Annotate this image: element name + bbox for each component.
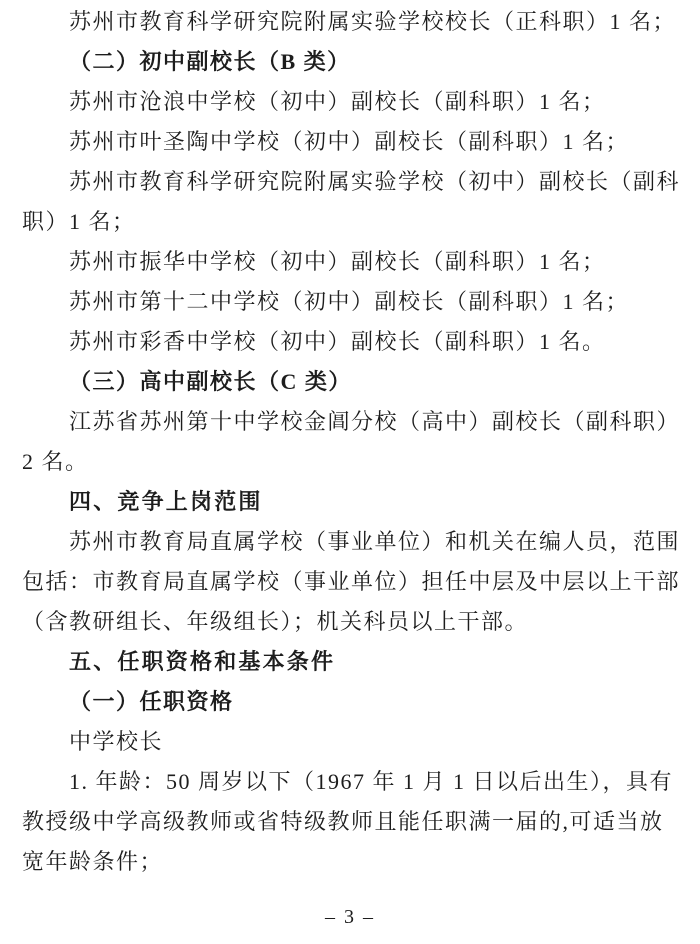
position-line-caixiang: 苏州市彩香中学校（初中）副校长（副科职）1 名。 [22, 322, 682, 362]
position-line-shiyan-principal: 苏州市教育科学研究院附属实验学校校长（正科职）1 名； [22, 2, 682, 42]
age-requirement-line-2: 教授级中学高级教师或省特级教师且能任职满一届的,可适当放 [22, 802, 682, 842]
age-requirement-line-1: 1. 年龄：50 周岁以下（1967 年 1 月 1 日以后出生），具有 [22, 762, 682, 802]
position-line-canglang: 苏州市沧浪中学校（初中）副校长（副科职）1 名； [22, 82, 682, 122]
scope-line-3: （含教研组长、年级组长）；机关科员以上干部。 [22, 602, 682, 642]
position-line-no10-jinchang-1: 江苏省苏州第十中学校金阊分校（高中）副校长（副科职） [22, 402, 682, 442]
position-line-no10-jinchang-2: 2 名。 [22, 442, 682, 482]
page-number: – 3 – [0, 906, 700, 929]
position-line-jiaokeyuan-2: 职）1 名； [22, 202, 682, 242]
scope-line-2: 包括：市教育局直属学校（事业单位）担任中层及中层以上干部 [22, 562, 682, 602]
position-line-no12: 苏州市第十二中学校（初中）副校长（副科职）1 名； [22, 282, 682, 322]
scope-line-1: 苏州市教育局直属学校（事业单位）和机关在编人员，范围 [22, 522, 682, 562]
heading-part-5-qualifications: 五、任职资格和基本条件 [22, 642, 682, 682]
position-line-zhenhua: 苏州市振华中学校（初中）副校长（副科职）1 名； [22, 242, 682, 282]
heading-sub-1-qualification: （一）任职资格 [22, 682, 682, 722]
heading-section-2-b-class: （二）初中副校长（B 类） [22, 42, 682, 82]
document-page: 苏州市教育科学研究院附属实验学校校长（正科职）1 名； （二）初中副校长（B 类… [0, 0, 700, 944]
role-line-middle-school-principal: 中学校长 [22, 722, 682, 762]
heading-part-4-scope: 四、竞争上岗范围 [22, 482, 682, 522]
age-requirement-line-3: 宽年龄条件； [22, 842, 682, 882]
heading-section-3-c-class: （三）高中副校长（C 类） [22, 362, 682, 402]
position-line-yeshengtao: 苏州市叶圣陶中学校（初中）副校长（副科职）1 名； [22, 122, 682, 162]
position-line-jiaokeyuan-1: 苏州市教育科学研究院附属实验学校（初中）副校长（副科 [22, 162, 682, 202]
